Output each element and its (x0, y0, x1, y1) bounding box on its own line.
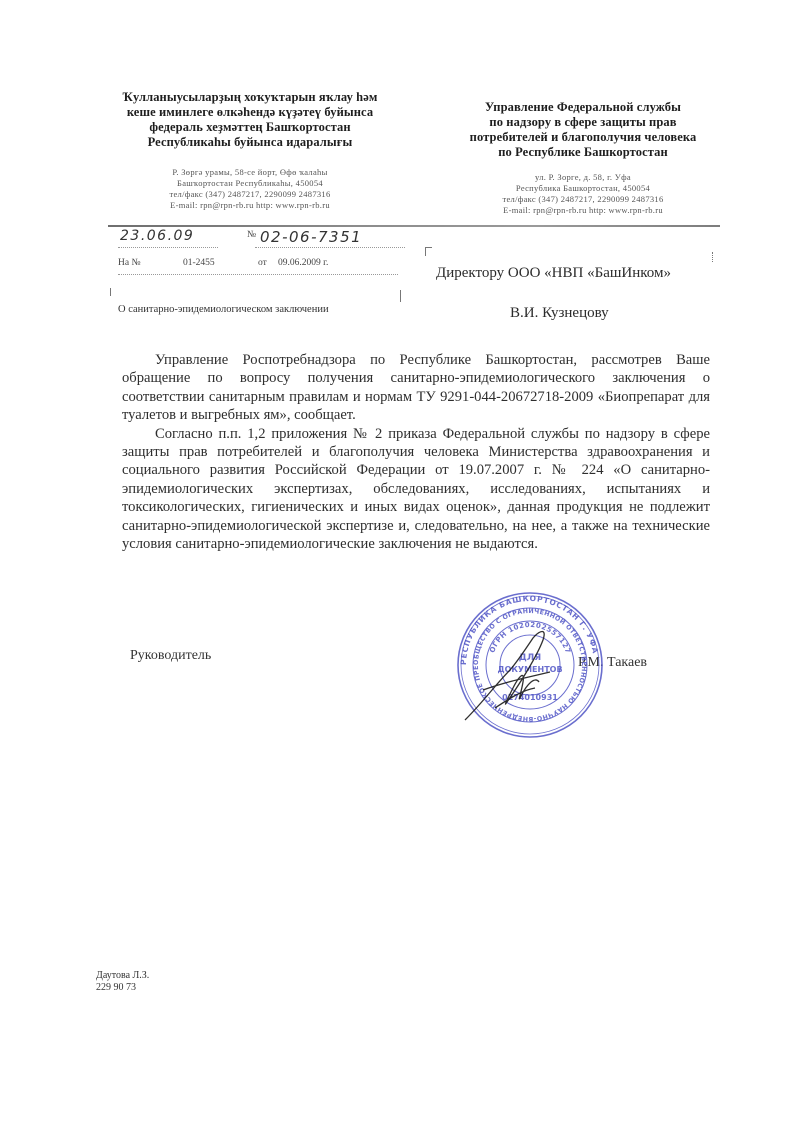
date-dotline (118, 247, 218, 248)
header-left-address: Р. Зөргә урамы, 58-се йорт, Өфө ҡалаһы Б… (100, 167, 400, 211)
header-right-title-line: по надзору в сфере защиты прав (438, 115, 728, 130)
footer-executor-block: Даутова Л.З. 229 90 73 (96, 970, 149, 994)
header-right-address-line: E-mail: rpn@rpn-rb.ru http: www.rpn-rb.r… (438, 205, 728, 216)
company-stamp: РЕСПУБЛИКА БАШКОРТОСТАН Г. УФА ОБЩЕСТВО … (455, 590, 605, 740)
stamp-seal-icon: РЕСПУБЛИКА БАШКОРТОСТАН Г. УФА ОБЩЕСТВО … (455, 590, 605, 740)
header-left-address-line: Башҡортостан Республикаһы, 450054 (100, 178, 400, 189)
reply-dotline (118, 274, 398, 275)
header-left-address-line: E-mail: rpn@rpn-rb.ru http: www.rpn-rb.r… (100, 200, 400, 211)
executor-phone: 229 90 73 (96, 982, 149, 994)
number-dotline (255, 247, 405, 248)
subject-bracket-left (110, 288, 111, 296)
header-right-title-line: потребителей и благополучия человека (438, 130, 728, 145)
reply-to-number: 01-2455 (183, 258, 215, 268)
registration-date: 23.06.09 (120, 228, 194, 244)
header-left-title-line: кеше иминлеге өлкәһендә күҙәтеү буйынса (100, 105, 400, 120)
addressee-bracket-left (425, 247, 432, 256)
addressee-title: Директору ООО «НВП «БашИнком» (436, 265, 671, 282)
reply-to-from-label: от (258, 258, 267, 268)
header-right-title-line: Управление Федеральной службы (438, 100, 728, 115)
header-divider (108, 225, 720, 227)
reply-to-label: На № (118, 258, 141, 268)
subject-line: О санитарно-эпидемиологическом заключени… (118, 304, 329, 315)
header-left-address-line: Р. Зөргә урамы, 58-се йорт, Өфө ҡалаһы (100, 167, 400, 178)
registration-number-label: № (247, 230, 256, 240)
executor-name: Даутова Л.З. (96, 970, 149, 982)
body-paragraph-1: Управление Роспотребнадзора по Республик… (122, 351, 710, 425)
svg-text:ОГРН 1020202557127: ОГРН 1020202557127 (488, 621, 572, 655)
header-left-title-line: Республикаһы буйынса идаралығы (100, 135, 400, 150)
reply-to-date: 09.06.2009 г. (278, 258, 328, 268)
header-right-address-line: Республика Башкортостан, 450054 (438, 183, 728, 194)
addressee-name: В.И. Кузнецову (510, 305, 609, 322)
letter-body: Управление Роспотребнадзора по Республик… (122, 351, 710, 553)
header-left-title: Ҡулланыусыларҙың хоҡуҡтарын яҡлау һәм ке… (100, 90, 400, 150)
registration-number: 02-06-7351 (260, 228, 362, 246)
subject-bracket-right (400, 290, 401, 302)
header-right-address-line: тел/факс (347) 2487217, 2290099 2487316 (438, 194, 728, 205)
header-right-address: ул. Р. Зорге, д. 58, г. Уфа Республика Б… (438, 172, 728, 216)
header-right-title-line: по Республике Башкортостан (438, 145, 728, 160)
signature-position: Руководитель (130, 648, 211, 664)
header-right-title: Управление Федеральной службы по надзору… (438, 100, 728, 160)
header-left-title-line: федераль хеҙмәттең Башҡортостан (100, 120, 400, 135)
addressee-bracket-right (712, 252, 713, 262)
header-left-address-line: тел/факс (347) 2487217, 2290099 2487316 (100, 189, 400, 200)
header-left-title-line: Ҡулланыусыларҙың хоҡуҡтарын яҡлау һәм (100, 90, 400, 105)
header-right-address-line: ул. Р. Зорге, д. 58, г. Уфа (438, 172, 728, 183)
body-paragraph-2: Согласно п.п. 1,2 приложения № 2 приказа… (122, 425, 710, 554)
